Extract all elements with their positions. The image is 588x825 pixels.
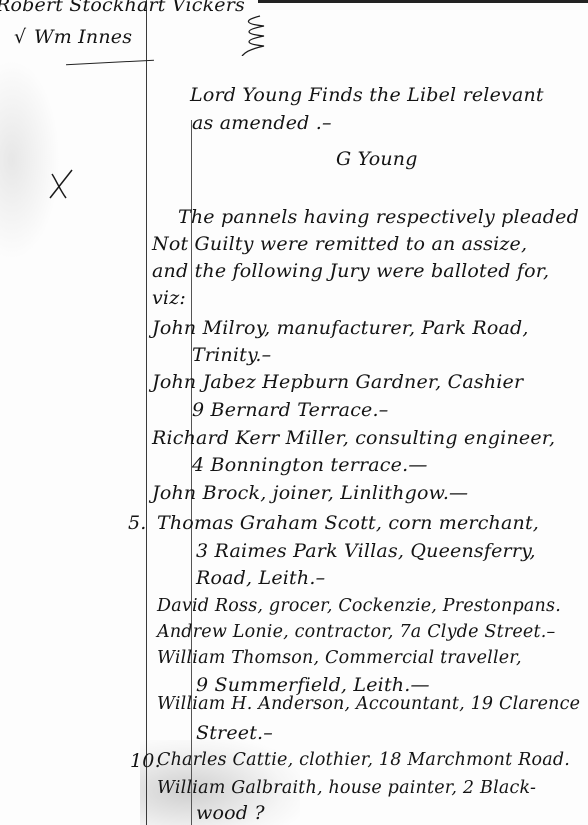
juror-9-line-1: William H. Anderson, Accountant, 19 Clar… [157,694,580,714]
juror-7-line-1: Andrew Lonie, contractor, 7a Clyde Stree… [157,622,555,642]
document-page: Robert Stockhart Vickers √ Wm Innes Lord… [0,0,588,825]
plea-line-4: viz: [152,287,186,309]
accused-name-2: Wm Innes [34,26,132,48]
juror-1-line-1: John Milroy, manufacturer, Park Road, [152,317,529,339]
margin-x-mark-icon [46,166,76,202]
juror-1-line-2: Trinity.– [192,344,271,366]
ruling-line-2: as amended .– [192,112,332,134]
juror-10-line-1: Charles Cattie, clothier, 18 Marchmont R… [157,750,570,770]
juror-5-line-1: Thomas Graham Scott, corn merchant, [157,512,539,534]
plea-line-3: and the following Jury were balloted for… [152,260,549,282]
juror-3-line-2: 4 Bonnington terrace.— [192,454,428,476]
juror-2-line-1: John Jabez Hepburn Gardner, Cashier [152,371,523,393]
juror-4-line-1: John Brock, joiner, Linlithgow.— [152,482,468,504]
page-stain [0,60,60,260]
juror-3-line-1: Richard Kerr Miller, consulting engineer… [152,427,555,449]
judge-initials: G Young [336,148,418,170]
margin-rule-left [146,0,147,825]
juror-number-5: 5. [128,512,147,534]
accused-name-1: Robert Stockhart Vickers [0,0,245,16]
ruling-line-1: Lord Young Finds the Libel relevant [190,84,544,106]
plea-line-2: Not Guilty were remitted to an assize, [152,233,527,255]
top-border-rule [258,0,588,3]
juror-11-line-1: William Galbraith, house painter, 2 Blac… [157,778,536,798]
juror-5-line-3: Road, Leith.– [196,567,325,589]
name-underline [66,60,154,66]
bracket-squiggle-icon [240,14,270,56]
juror-6-line-1: David Ross, grocer, Cockenzie, Prestonpa… [157,596,561,616]
juror-11-line-2: wood ? [196,802,265,824]
juror-9-line-2: Street.– [196,722,273,744]
juror-5-line-2: 3 Raimes Park Villas, Queensferry, [196,540,536,562]
juror-8-line-1: William Thomson, Commercial traveller, [157,648,522,668]
plea-line-1: The pannels having respectively pleaded [178,206,579,228]
accused-mark: √ [14,26,26,48]
juror-8-line-2: 9 Summerfield, Leith.— [196,674,430,696]
juror-2-line-2: 9 Bernard Terrace.– [192,399,388,421]
